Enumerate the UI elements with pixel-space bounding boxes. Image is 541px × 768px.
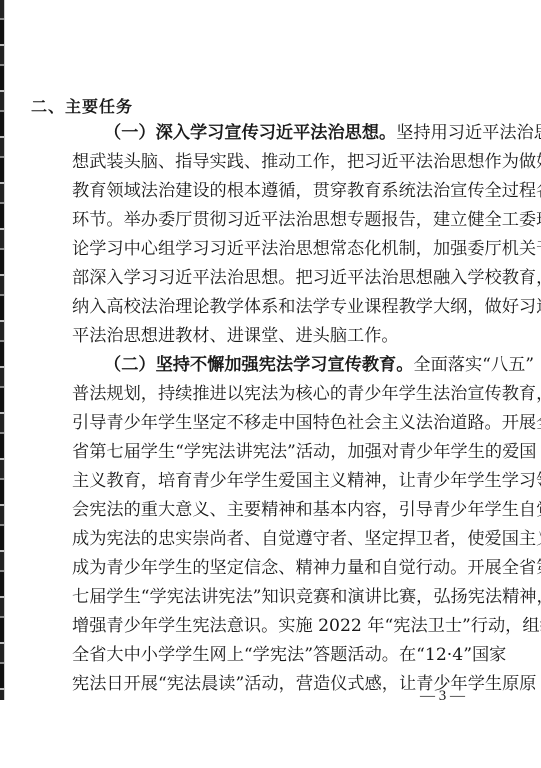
- paragraph-1-line: 想武装头脑、指导实践、推动工作，把习近平法治思想作为做好: [72, 150, 478, 174]
- page-number: — 3 —: [420, 688, 465, 705]
- paragraph-2-line: 主义教育，培育青少年学生爱国主义精神，让青少年学生学习领: [72, 469, 478, 493]
- paragraph-1-lead: （一）深入学习宣传习近平法治思想。: [104, 123, 396, 143]
- paragraph-1-line: 论学习中心组学习习近平法治思想常态化机制，加强委厅机关干: [72, 237, 478, 261]
- section-heading: 二、主要任务: [31, 94, 133, 117]
- paragraph-2-line: 成为宪法的忠实崇尚者、自觉遵守者、坚定捍卫者，使爱国主义: [72, 527, 478, 551]
- paragraph-2-line-1: （二）坚持不懈加强宪法学习宣传教育。全面落实“八五”: [72, 353, 478, 377]
- paragraph-1-line: 部深入学习习近平法治思想。把习近平法治思想融入学校教育，: [72, 266, 478, 290]
- paragraph-2-lead: （二）坚持不懈加强宪法学习宣传教育。: [104, 355, 413, 375]
- paragraph-1-line: 纳入高校法治理论教学体系和法学专业课程教学大纲，做好习近: [72, 295, 478, 319]
- paragraph-1-line: 环节。举办委厅贯彻习近平法治思想专题报告，建立健全工委理: [72, 208, 478, 232]
- paragraph-1-line: 教育领域法治建设的根本遵循，贯穿教育系统法治宣传全过程各: [72, 179, 478, 203]
- paragraph-2-line: 成为青少年学生的坚定信念、精神力量和自觉行动。开展全省第: [72, 556, 478, 580]
- paragraph-2-line: 增强青少年学生宪法意识。实施 2022 年“宪法卫士”行动，组织: [72, 614, 478, 638]
- paragraph-2-line: 宪法日开展“宪法晨读”活动，营造仪式感，让青少年学生原原: [72, 672, 478, 696]
- paragraph-2-line: 普法规划，持续推进以宪法为核心的青少年学生法治宣传教育，: [72, 382, 478, 406]
- paragraph-2-line: 省第七届学生“学宪法讲宪法”活动，加强对青少年学生的爱国: [72, 440, 478, 464]
- scan-edge-shadow: [4, 0, 5, 700]
- paragraph-2-line: 七届学生“学宪法讲宪法”知识竞赛和演讲比赛，弘扬宪法精神，: [72, 585, 478, 609]
- paragraph-1-line: 平法治思想进教材、进课堂、进头脑工作。: [72, 324, 478, 348]
- paragraph-1-line-1: （一）深入学习宣传习近平法治思想。坚持用习近平法治思: [72, 121, 478, 145]
- paragraph-2-line: 会宪法的重大意义、主要精神和基本内容，引导青少年学生自觉: [72, 498, 478, 522]
- paragraph-2-line: 全省大中小学学生网上“学宪法”答题活动。在“12·4”国家: [72, 643, 478, 667]
- paragraph-2-line: 引导青少年学生坚定不移走中国特色社会主义法治道路。开展全: [72, 411, 478, 435]
